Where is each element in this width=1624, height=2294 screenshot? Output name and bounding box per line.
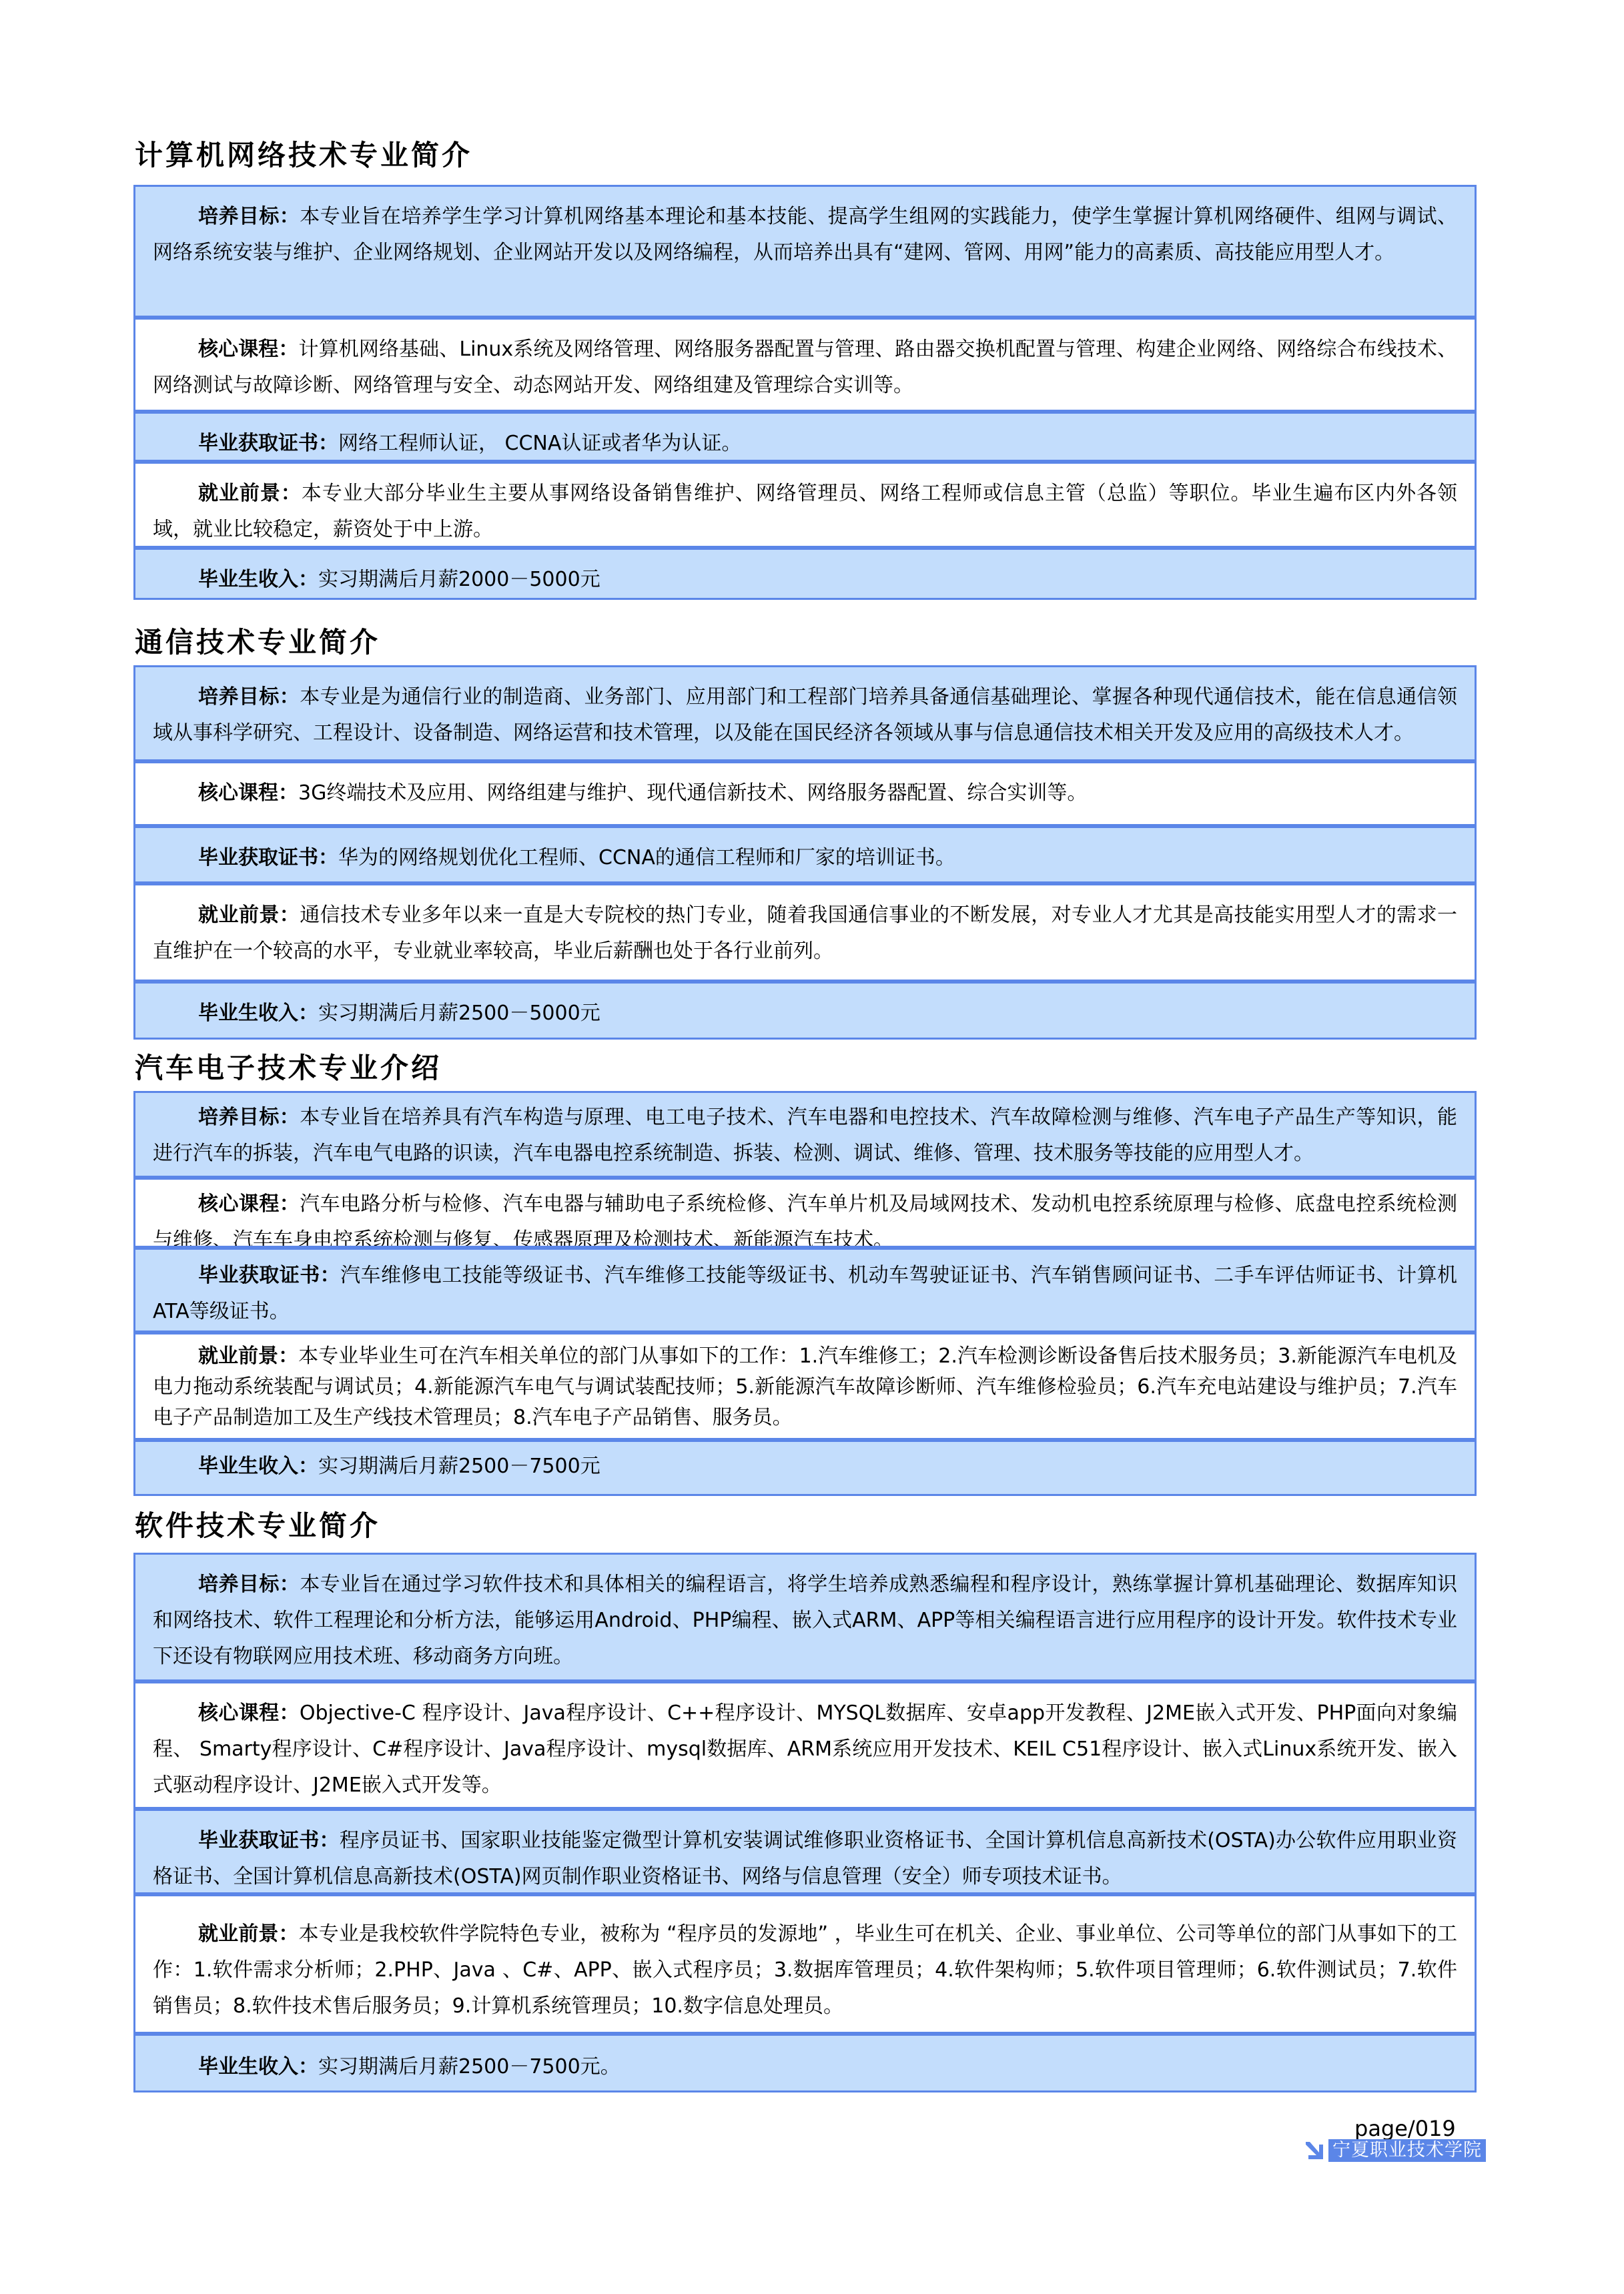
- row-core-courses: 核心课程：Objective-C 程序设计、Java程序设计、C++程序设计、M…: [135, 1679, 1475, 1807]
- row-text: 汽车电路分析与检修、汽车电器与辅助电子系统检修、汽车单片机及局域网技术、发动机电…: [153, 1192, 1457, 1246]
- row-label: 毕业获取证书: [198, 1264, 320, 1287]
- row-label: 毕业生收入: [198, 1002, 298, 1025]
- row-core-courses: 核心课程：3G终端技术及应用、网络组建与维护、现代通信新技术、网络服务器配置、综…: [135, 759, 1475, 824]
- row-label: 核心课程: [198, 1701, 279, 1725]
- row-text: 本专业大部分毕业生主要从事网络设备销售维护、网络管理员、网络工程师或信息主管（总…: [153, 482, 1457, 541]
- row-text: 本专业是我校软件学院特色专业，被称为 “程序员的发源地” ，毕业生可在机关、企业…: [153, 1922, 1457, 2018]
- section-table-automotive: 培养目标：本专业旨在培养具有汽车构造与原理、电工电子技术、汽车电器和电控技术、汽…: [133, 1091, 1477, 1496]
- school-name-label: 宁夏职业技术学院: [1328, 2139, 1486, 2162]
- row-text: Objective-C 程序设计、Java程序设计、C++程序设计、MYSQL数…: [153, 1701, 1457, 1797]
- row-text: 本专业毕业生可在汽车相关单位的部门从事如下的工作：1.汽车维修工；2.汽车检测诊…: [153, 1345, 1457, 1429]
- section-table-communication: 培养目标：本专业是为通信行业的制造商、业务部门、应用部门和工程部门培养具备通信基…: [133, 665, 1477, 1040]
- section-title-automotive: 汽车电子技术专业介绍: [135, 1052, 442, 1085]
- row-label: 就业前景: [198, 903, 280, 927]
- row-label: 培养目标: [198, 1573, 280, 1596]
- row-core-courses: 核心课程：汽车电路分析与检修、汽车电器与辅助电子系统检修、汽车单片机及局域网技术…: [135, 1176, 1475, 1246]
- row-label: 就业前景: [198, 1922, 278, 1946]
- section-title-network: 计算机网络技术专业简介: [135, 139, 472, 172]
- row-label: 毕业生收入: [198, 568, 298, 591]
- row-text: 本专业旨在培养学生学习计算机网络基本理论和基本技能、提高学生组网的实践能力，使学…: [153, 205, 1457, 264]
- footer-brand: 宁夏职业技术学院: [1304, 2139, 1486, 2162]
- row-label: 核心课程: [198, 1192, 280, 1216]
- row-text: 汽车维修电工技能等级证书、汽车维修工技能等级证书、机动车驾驶证证书、汽车销售顾问…: [153, 1264, 1457, 1323]
- row-label: 就业前景: [198, 482, 281, 505]
- row-text: 计算机网络基础、Linux系统及网络管理、网络服务器配置与管理、路由器交换机配置…: [153, 338, 1457, 397]
- row-core-courses: 核心课程：计算机网络基础、Linux系统及网络管理、网络服务器配置与管理、路由器…: [135, 316, 1475, 410]
- row-text: 实习期满后月薪2500－7500元: [318, 1455, 600, 1478]
- row-graduate-income: 毕业生收入：实习期满后月薪2500－7500元。: [135, 2032, 1475, 2090]
- row-label: 培养目标: [198, 205, 280, 228]
- row-label: 毕业生收入: [198, 2055, 298, 2078]
- row-text: 网络工程师认证， CCNA认证或者华为认证。: [338, 432, 741, 455]
- row-label: 核心课程: [198, 338, 278, 361]
- row-text: 实习期满后月薪2000－5000元: [318, 568, 600, 591]
- page-number: page/019: [1354, 2117, 1456, 2141]
- row-text: 通信技术专业多年以来一直是大专院校的热门专业，随着我国通信事业的不断发展，对专业…: [153, 903, 1457, 963]
- row-employment-outlook: 就业前景：本专业毕业生可在汽车相关单位的部门从事如下的工作：1.汽车维修工；2.…: [135, 1330, 1475, 1438]
- row-training-goal: 培养目标：本专业旨在通过学习软件技术和具体相关的编程语言，将学生培养成熟悉编程和…: [135, 1555, 1475, 1679]
- row-label: 就业前景: [198, 1345, 278, 1368]
- row-text: 本专业是为通信行业的制造商、业务部门、应用部门和工程部门培养具备通信基础理论、掌…: [153, 685, 1457, 745]
- row-text: 华为的网络规划优化工程师、CCNA的通信工程师和厂家的培训证书。: [338, 846, 955, 869]
- row-employment-outlook: 就业前景：本专业大部分毕业生主要从事网络设备销售维护、网络管理员、网络工程师或信…: [135, 460, 1475, 546]
- row-text: 本专业旨在培养具有汽车构造与原理、电工电子技术、汽车电器和电控技术、汽车故障检测…: [153, 1106, 1457, 1165]
- row-text: 实习期满后月薪2500－7500元。: [318, 2055, 621, 2078]
- row-label: 核心课程: [198, 781, 278, 805]
- row-certificates: 毕业获取证书：网络工程师认证， CCNA认证或者华为认证。: [135, 410, 1475, 460]
- row-label: 培养目标: [198, 1106, 280, 1129]
- row-text: 本专业旨在通过学习软件技术和具体相关的编程语言，将学生培养成熟悉编程和程序设计，…: [153, 1573, 1457, 1668]
- section-table-network: 培养目标：本专业旨在培养学生学习计算机网络基本理论和基本技能、提高学生组网的实践…: [133, 185, 1477, 600]
- arrow-down-right-icon: [1304, 2139, 1324, 2162]
- row-graduate-income: 毕业生收入：实习期满后月薪2500－7500元: [135, 1438, 1475, 1494]
- row-text: 程序员证书、国家职业技能鉴定微型计算机安装调试维修职业资格证书、全国计算机信息高…: [153, 1829, 1457, 1888]
- row-graduate-income: 毕业生收入：实习期满后月薪2500－5000元: [135, 980, 1475, 1038]
- row-label: 毕业生收入: [198, 1455, 298, 1478]
- row-certificates: 毕业获取证书：程序员证书、国家职业技能鉴定微型计算机安装调试维修职业资格证书、全…: [135, 1807, 1475, 1892]
- row-employment-outlook: 就业前景：通信技术专业多年以来一直是大专院校的热门专业，随着我国通信事业的不断发…: [135, 881, 1475, 980]
- row-certificates: 毕业获取证书：华为的网络规划优化工程师、CCNA的通信工程师和厂家的培训证书。: [135, 824, 1475, 881]
- row-graduate-income: 毕业生收入：实习期满后月薪2000－5000元: [135, 546, 1475, 598]
- row-employment-outlook: 就业前景：本专业是我校软件学院特色专业，被称为 “程序员的发源地” ，毕业生可在…: [135, 1892, 1475, 2032]
- section-table-software: 培养目标：本专业旨在通过学习软件技术和具体相关的编程语言，将学生培养成熟悉编程和…: [133, 1553, 1477, 2092]
- section-title-communication: 通信技术专业简介: [135, 626, 380, 659]
- row-training-goal: 培养目标：本专业是为通信行业的制造商、业务部门、应用部门和工程部门培养具备通信基…: [135, 667, 1475, 759]
- row-label: 培养目标: [198, 685, 280, 709]
- row-text: 实习期满后月薪2500－5000元: [318, 1002, 600, 1025]
- row-certificates: 毕业获取证书：汽车维修电工技能等级证书、汽车维修工技能等级证书、机动车驾驶证证书…: [135, 1246, 1475, 1330]
- row-label: 毕业获取证书: [198, 846, 318, 869]
- row-label: 毕业获取证书: [198, 1829, 319, 1852]
- section-title-software: 软件技术专业简介: [135, 1509, 380, 1543]
- row-label: 毕业获取证书: [198, 432, 318, 455]
- row-training-goal: 培养目标：本专业旨在培养具有汽车构造与原理、电工电子技术、汽车电器和电控技术、汽…: [135, 1093, 1475, 1176]
- row-text: 3G终端技术及应用、网络组建与维护、现代通信新技术、网络服务器配置、综合实训等。: [298, 781, 1087, 805]
- row-training-goal: 培养目标：本专业旨在培养学生学习计算机网络基本理论和基本技能、提高学生组网的实践…: [135, 187, 1475, 316]
